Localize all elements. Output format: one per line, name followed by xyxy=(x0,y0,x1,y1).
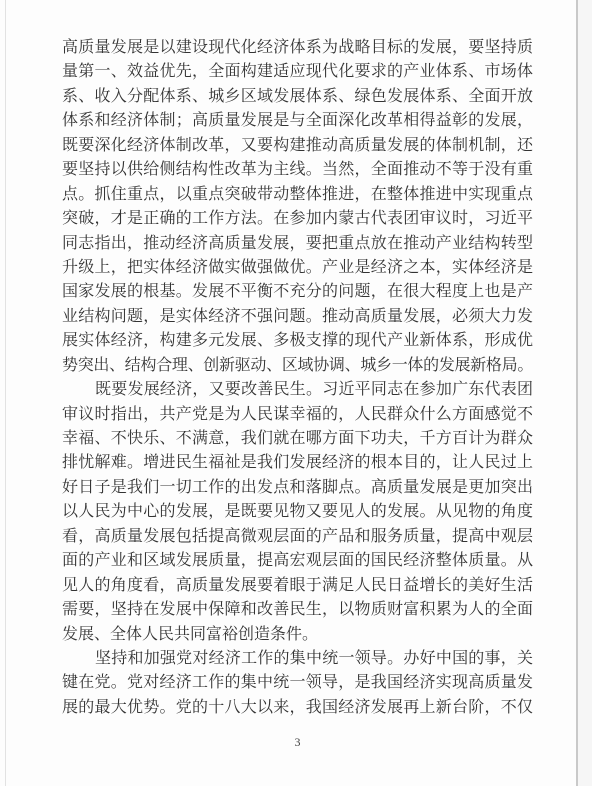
text-line: 点。抓住重点，以重点突破带动整体推进，在整体推进中实现重点 xyxy=(62,183,533,207)
document-page: 高质量发展是以建设现代化经济体系为战略目标的发展，要坚持质 量第一、效益优先，全… xyxy=(0,0,592,786)
text-line: 键在党。党对经济工作的集中统一领导，是我国经济实现高质量发 xyxy=(62,671,533,695)
text-line: 业结构问题，是实体经济不强问题。推动高质量发展，必须大力发 xyxy=(62,305,533,329)
page-body-text: 高质量发展是以建设现代化经济体系为战略目标的发展，要坚持质 量第一、效益优先，全… xyxy=(62,36,533,720)
text-line: 审议时指出，共产党是为人民谋幸福的，人民群众什么方面感觉不 xyxy=(62,403,533,427)
text-line: 展实体经济，构建多元发展、多极支撑的现代产业新体系，形成优 xyxy=(62,329,533,353)
text-line: 需要，坚持在发展中保障和改善民生，以物质财富积累为人的全面 xyxy=(62,598,533,622)
text-line: 要坚持以供给侧结构性改革为主线。当然，全面推动不等于没有重 xyxy=(62,158,533,182)
text-line: 体系和经济体制；高质量发展是与全面深化改革相得益彰的发展， xyxy=(62,109,533,133)
text-line-paragraph-start: 坚持和加强党对经济工作的集中统一领导。办好中国的事，关 xyxy=(62,647,533,671)
text-line: 面的产业和区域发展质量，提高宏观层面的国民经济整体质量。从 xyxy=(62,549,533,573)
text-line-paragraph-start: 既要发展经济，又要改善民生。习近平同志在参加广东代表团 xyxy=(62,378,533,402)
text-line: 展的最大优势。党的十八大以来，我国经济发展再上新台阶，不仅 xyxy=(62,696,533,720)
text-line: 系、收入分配体系、城乡区域发展体系、绿色发展体系、全面开放 xyxy=(62,85,533,109)
text-line: 高质量发展是以建设现代化经济体系为战略目标的发展，要坚持质 xyxy=(62,36,533,60)
page-number: 3 xyxy=(62,735,533,750)
text-line: 国家发展的根基。发展不平衡不充分的问题，在很大程度上也是产 xyxy=(62,280,533,304)
text-line: 看，高质量发展包括提高微观层面的产品和服务质量，提高中观层 xyxy=(62,525,533,549)
text-line: 同志指出，推动经济高质量发展，要把重点放在推动产业结构转型 xyxy=(62,232,533,256)
text-line: 势突出、结构合理、创新驱动、区域协调、城乡一体的发展新格局。 xyxy=(62,354,533,378)
text-line-paragraph-end: 发展、全体人民共同富裕创造条件。 xyxy=(62,623,533,647)
text-line: 突破，才是正确的工作方法。在参加内蒙古代表团审议时，习近平 xyxy=(62,207,533,231)
text-line: 既要深化经济体制改革，又要构建推动高质量发展的体制机制，还 xyxy=(62,134,533,158)
scan-right-margin xyxy=(578,0,592,786)
text-line: 见人的角度看，高质量发展要着眼于满足人民日益增长的美好生活 xyxy=(62,574,533,598)
scan-left-edge xyxy=(5,0,6,786)
text-line: 好日子是我们一切工作的出发点和落脚点。高质量发展是更加突出 xyxy=(62,476,533,500)
text-line: 幸福、不快乐、不满意，我们就在哪方面下功夫，千方百计为群众 xyxy=(62,427,533,451)
text-line: 排忧解难。增进民生福祉是我们发展经济的根本目的，让人民过上 xyxy=(62,451,533,475)
text-line: 以人民为中心的发展，是既要见物又要见人的发展。从见物的角度 xyxy=(62,500,533,524)
text-line: 升级上，把实体经济做实做强做优。产业是经济之本，实体经济是 xyxy=(62,256,533,280)
text-line: 量第一、效益优先，全面构建适应现代化要求的产业体系、市场体 xyxy=(62,60,533,84)
